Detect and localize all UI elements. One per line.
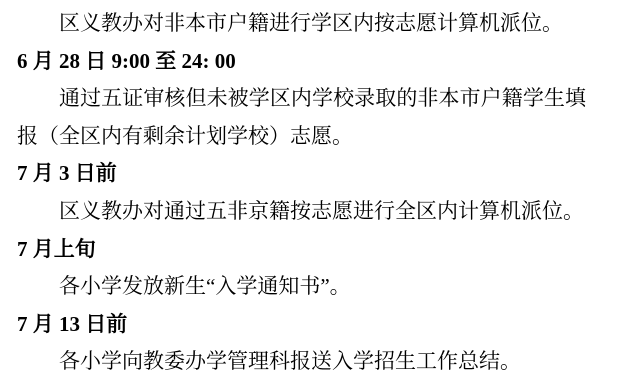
paragraph-line: 各小学向教委办学管理科报送入学招生工作总结。 (17, 343, 586, 381)
paragraph-line: 区义教办对非本市户籍进行学区内按志愿计算机派位。 (17, 5, 586, 43)
date-heading: 7 月上旬 (17, 231, 586, 269)
date-heading: 6 月 28 日 9:00 至 24: 00 (17, 43, 586, 81)
paragraph-line: 报（全区内有剩余计划学校）志愿。 (17, 118, 586, 156)
date-heading: 7 月 13 日前 (17, 306, 586, 344)
paragraph-line: 通过五证审核但未被学区内学校录取的非本市户籍学生填 (17, 80, 586, 118)
document-page: { "page": { "background_color": "#ffffff… (0, 0, 624, 392)
date-heading: 7 月 3 日前 (17, 155, 586, 193)
paragraph-line: 区义教办对通过五非京籍按志愿进行全区内计算机派位。 (17, 193, 586, 231)
paragraph-line: 各小学发放新生“入学通知书”。 (17, 268, 586, 306)
document-content: 区义教办对非本市户籍进行学区内按志愿计算机派位。 6 月 28 日 9:00 至… (0, 0, 624, 392)
